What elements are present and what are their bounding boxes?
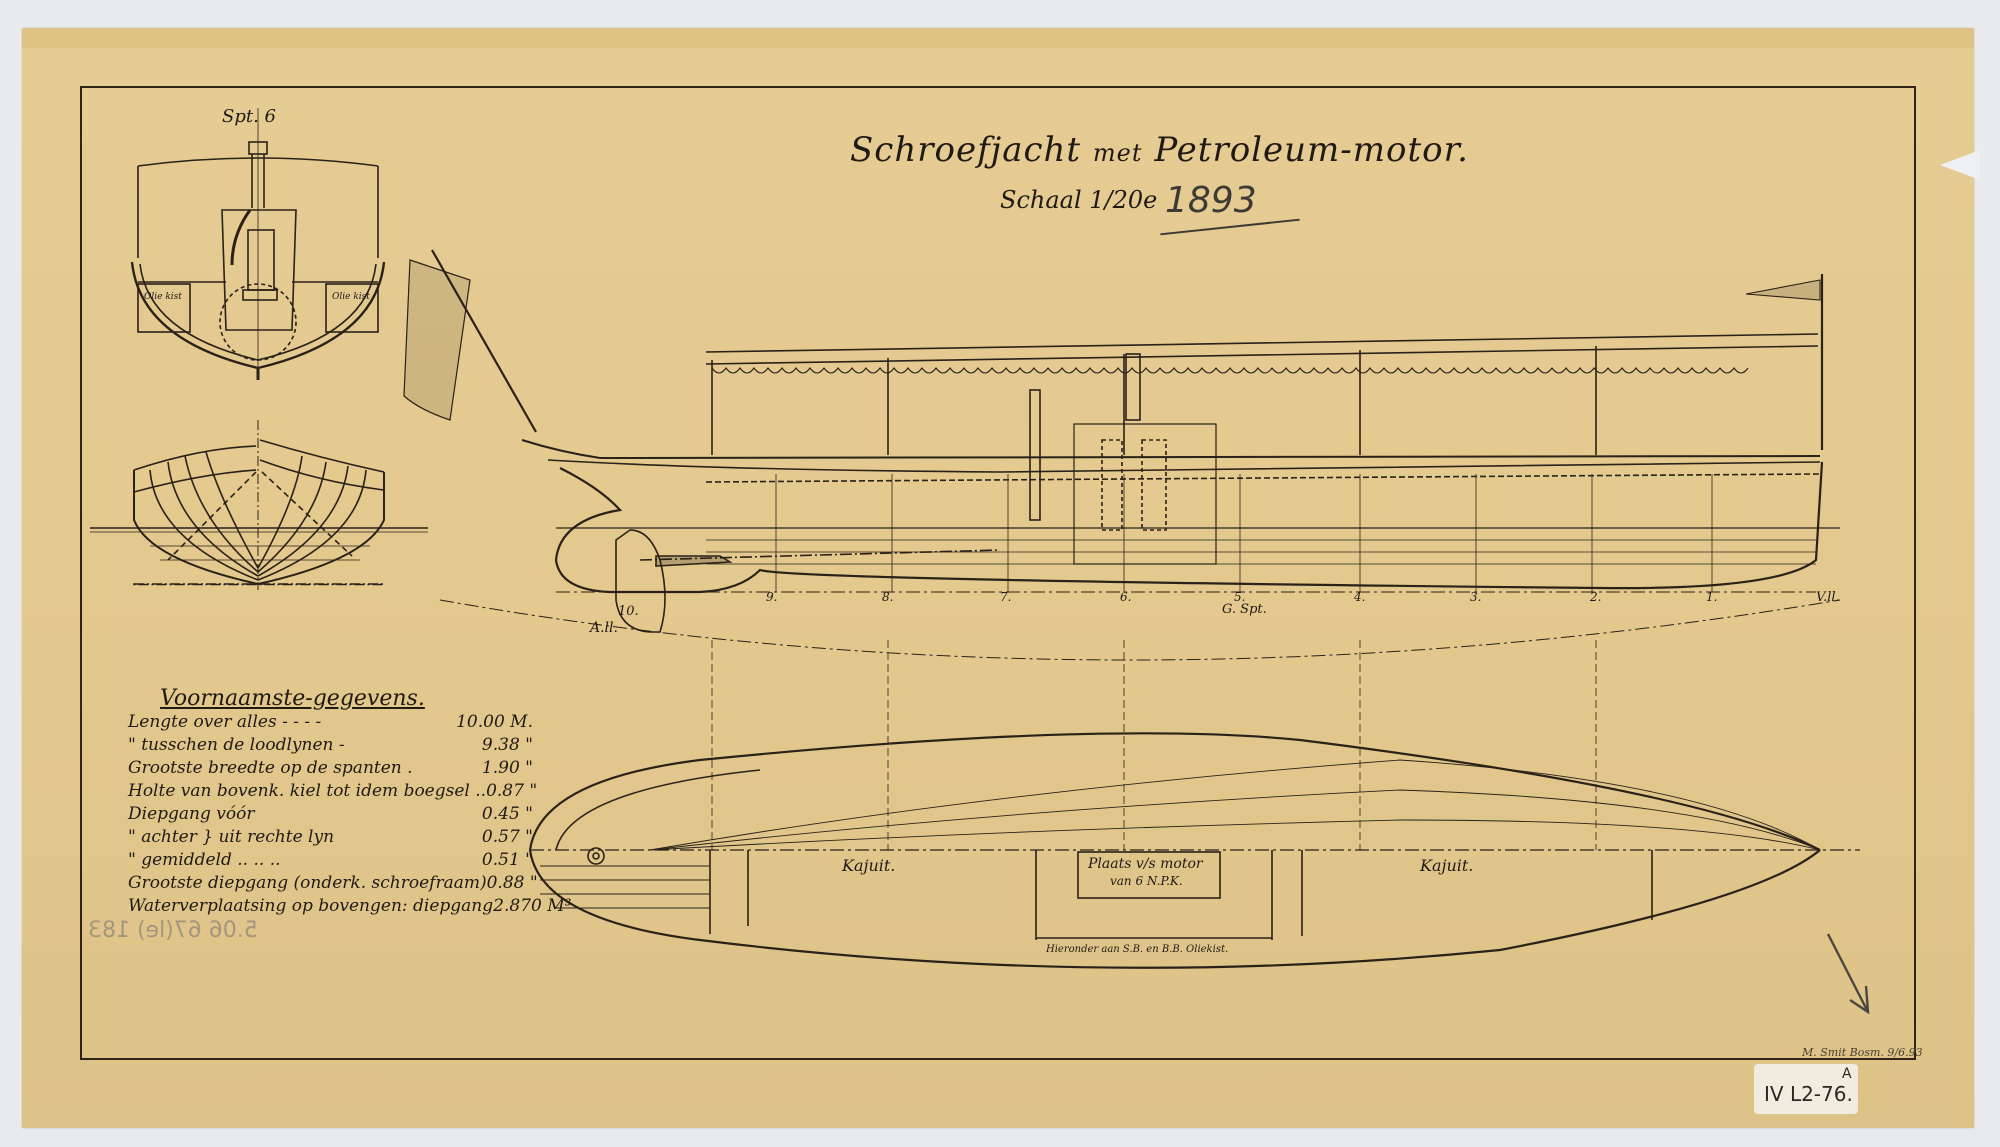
title-main: Schroefjacht [850,130,1081,170]
spec-value: 0.87 " [486,781,537,804]
spec-row: Waterverplaatsing op bovengen: diepgang2… [128,896,533,919]
station-9: 9. [766,590,777,604]
spec-row: Holte van bovenk. kiel tot idem boegsel … [128,781,533,804]
cabin-aft-label: Kajuit. [842,856,895,875]
station-4: 4. [1354,590,1365,604]
station-6: 6. [1120,590,1131,604]
catalog-suffix: A [1842,1066,1852,1082]
right-locker-label: Olie kist [332,292,372,302]
spec-value: 9.38 " [482,735,533,758]
midship-label: G. Spt. [1222,602,1267,617]
spec-label: Grootste breedte op de spanten . [128,758,413,781]
spec-row: Grootste breedte op de spanten .1.90 " [128,758,533,781]
draftsman-signature: M. Smit Bosm. 9/6.93 [1802,1046,1923,1059]
station-8: 8. [882,590,893,604]
spec-row: " tusschen de loodlynen -9.38 " [128,735,533,758]
spec-label: Lengte over alles - - - - [128,712,321,735]
pencil-arrow [1828,934,1868,1012]
spec-label: " achter } uit rechte lyn [128,827,334,850]
fore-perpendicular-label: V.ll. [1816,590,1840,605]
spec-label: " gemiddeld .. .. .. [128,850,281,873]
profile-view-drawing [404,250,1840,632]
section-label: Spt. 6 [222,106,276,127]
specifications-heading: Voornaamste-gegevens. [160,686,425,711]
catalog-code: IV L2-76. [1764,1082,1853,1106]
spec-row: " gemiddeld .. .. ..0.51 " [128,850,533,873]
spec-value: 0.88 " [487,873,538,896]
plan-view-drawing [440,600,1860,968]
spec-row: " achter } uit rechte lyn0.57 " [128,827,533,850]
spec-value: 10.00 M. [456,712,533,735]
section-view-drawing [132,108,384,380]
drawing-title: Schroefjacht met Petroleum-motor. [850,130,1469,170]
title-rest: Petroleum-motor. [1154,130,1469,170]
spec-label: Diepgang vóór [128,804,254,827]
left-locker-label: Olie kist [144,292,184,302]
drawing-scale: Schaal 1/20e [1000,186,1157,214]
spec-row: Diepgang vóór0.45 " [128,804,533,827]
spec-row: Grootste diepgang (onderk. schroefraam)0… [128,873,533,896]
station-10: 10. [618,604,639,619]
specifications-table: Lengte over alles - - - -10.00 M. " tuss… [128,712,533,919]
spec-value: 0.51 " [482,850,533,873]
spec-value: 2.870 M³ [493,896,571,919]
spec-row: Lengte over alles - - - -10.00 M. [128,712,533,735]
catalog-tag: A IV L2-76. [1754,1064,1858,1114]
motor-box-line2: van 6 N.P.K. [1110,874,1183,888]
cabin-fore-label: Kajuit. [1420,856,1473,875]
spec-label: Holte van bovenk. kiel tot idem boegsel … [128,781,486,804]
archive-stamp: 5.06 67(le) 183 [88,918,258,943]
station-2: 2. [1590,590,1601,604]
aft-perpendicular-label: A.ll. [590,620,618,636]
spec-value: 0.57 " [482,827,533,850]
motor-box-line1: Plaats v/s motor [1088,856,1203,872]
station-7: 7. [1000,590,1011,604]
under-note: Hieronder aan S.B. en B.B. Oliekist. [1046,944,1228,955]
technical-drawing [0,0,2000,1147]
body-plan-drawing [90,420,428,590]
spec-value: 1.90 " [482,758,533,781]
drawing-year: 1893 [1165,180,1257,221]
title-connector: met [1093,139,1143,167]
station-1: 1. [1706,590,1717,604]
spec-label: Grootste diepgang (onderk. schroefraam) [128,873,487,896]
spec-value: 0.45 " [482,804,533,827]
spec-label: Waterverplaatsing op bovengen: diepgang [128,896,493,919]
spec-label: " tusschen de loodlynen - [128,735,345,758]
station-3: 3. [1470,590,1481,604]
